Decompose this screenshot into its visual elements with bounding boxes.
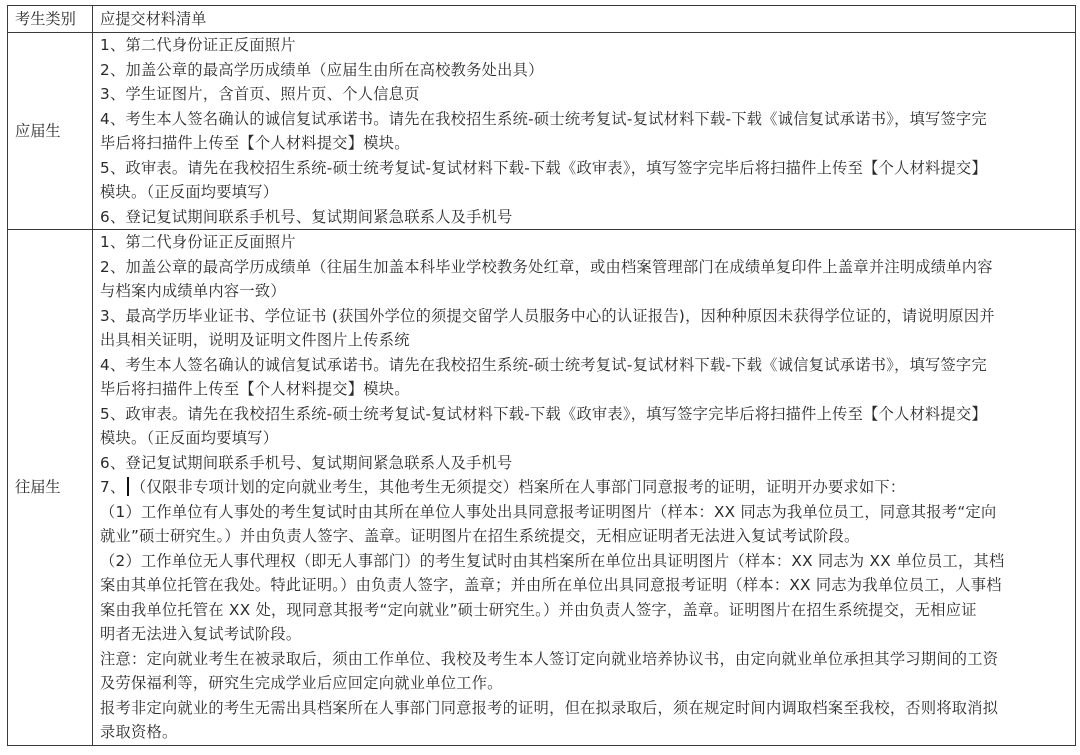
material-line-item7: 7、（仅限非专项计划的定向就业考生，其他考生无须提交）档案所在人事部门同意报考的… (100, 475, 1071, 500)
material-line: 就业”硕士研究生。）并由负责人签字、盖章。证明图片在招生系统提交，无相应证明者无… (100, 524, 1071, 549)
table-row-fresh-graduates: 应届生 1、第二代身份证正反面照片 2、加盖公章的最高学历成绩单（应届生由所在高… (8, 33, 1076, 230)
material-line: 录取资格。 (100, 720, 1071, 745)
category-cell: 往届生 (8, 230, 93, 746)
material-line: 及劳保福利等，研究生完成学业后应回定向就业单位工作。 (100, 671, 1071, 696)
material-line: （2）工作单位无人事代理权（即无人事部门）的考生复试时由其档案所在单位出具证明图… (100, 549, 1071, 574)
material-line: 报考非定向就业的考生无需出具档案所在人事部门同意报考的证明，但在拟录取后，须在规… (100, 696, 1071, 721)
material-line: 5、政审表。请先在我校招生系统-硕士统考复试-复试材料下载-下载《政审表》，填写… (100, 156, 1071, 181)
material-line: 出具相关证明，说明及证明文件图片上传系统 (100, 328, 1071, 353)
material-line: 4、考生本人签名确认的诚信复试承诺书。请先在我校招生系统-硕士统考复试-复试材料… (100, 107, 1071, 132)
category-cell: 应届生 (8, 33, 93, 230)
materials-document: 考生类别 应提交材料清单 应届生 1、第二代身份证正反面照片 2、加盖公章的最高… (7, 5, 1075, 752)
header-category: 考生类别 (8, 6, 93, 33)
material-line: 3、最高学历毕业证书、学位证书 (获国外学位的须提交留学人员服务中心的认证报告)… (100, 304, 1071, 329)
item7-prefix: 7、 (100, 478, 125, 496)
material-line: 2、加盖公章的最高学历成绩单（应届生由所在高校教务处出具） (100, 58, 1071, 83)
material-line: 毕后将扫描件上传至【个人材料提交】模块。 (100, 377, 1071, 402)
material-line: 1、第二代身份证正反面照片 (100, 33, 1071, 58)
materials-table: 考生类别 应提交材料清单 应届生 1、第二代身份证正反面照片 2、加盖公章的最高… (7, 5, 1076, 746)
material-line: 注意：定向就业考生在被录取后，须由工作单位、我校及考生本人签订定向就业培养协议书… (100, 647, 1071, 672)
material-line: 4、考生本人签名确认的诚信复试承诺书。请先在我校招生系统-硕士统考复试-复试材料… (100, 353, 1071, 378)
material-line: 案由我单位托管在 XX 处，现同意其报考“定向就业”硕士研究生。）并由负责人签字… (100, 598, 1071, 623)
table-header-row: 考生类别 应提交材料清单 (8, 6, 1076, 33)
materials-cell: 1、第二代身份证正反面照片 2、加盖公章的最高学历成绩单（往届生加盖本科毕业学校… (93, 230, 1076, 746)
header-materials: 应提交材料清单 (93, 6, 1076, 33)
table-row-past-graduates: 往届生 1、第二代身份证正反面照片 2、加盖公章的最高学历成绩单（往届生加盖本科… (8, 230, 1076, 746)
material-line: 6、登记复试期间联系手机号、复试期间紧急联系人及手机号 (100, 451, 1071, 476)
materials-cell: 1、第二代身份证正反面照片 2、加盖公章的最高学历成绩单（应届生由所在高校教务处… (93, 33, 1076, 230)
material-line: 模块。（正反面均要填写） (100, 180, 1071, 205)
text-cursor (127, 477, 129, 496)
material-line: 模块。（正反面均要填写） (100, 426, 1071, 451)
material-line: 2、加盖公章的最高学历成绩单（往届生加盖本科毕业学校教务处红章，或由档案管理部门… (100, 255, 1071, 280)
material-line: 6、登记复试期间联系手机号、复试期间紧急联系人及手机号 (100, 205, 1071, 230)
material-line: 5、政审表。请先在我校招生系统-硕士统考复试-复试材料下载-下载《政审表》，填写… (100, 402, 1071, 427)
material-line: 案由其单位托管在我处。特此证明。）由负责人签字，盖章；并由所在单位出具同意报考证… (100, 573, 1071, 598)
material-line: 1、第二代身份证正反面照片 (100, 230, 1071, 255)
material-line: 与档案内成绩单内容一致） (100, 279, 1071, 304)
material-line: 毕后将扫描件上传至【个人材料提交】模块。 (100, 131, 1071, 156)
material-line: （1）工作单位有人事处的考生复试时由其所在单位人事处出具同意报考证明图片（样本：… (100, 500, 1071, 525)
material-line: 明者无法进入复试考试阶段。 (100, 622, 1071, 647)
material-line: 3、学生证图片，含首页、照片页、个人信息页 (100, 82, 1071, 107)
item7-text: （仅限非专项计划的定向就业考生，其他考生无须提交）档案所在人事部门同意报考的证明… (131, 478, 905, 496)
